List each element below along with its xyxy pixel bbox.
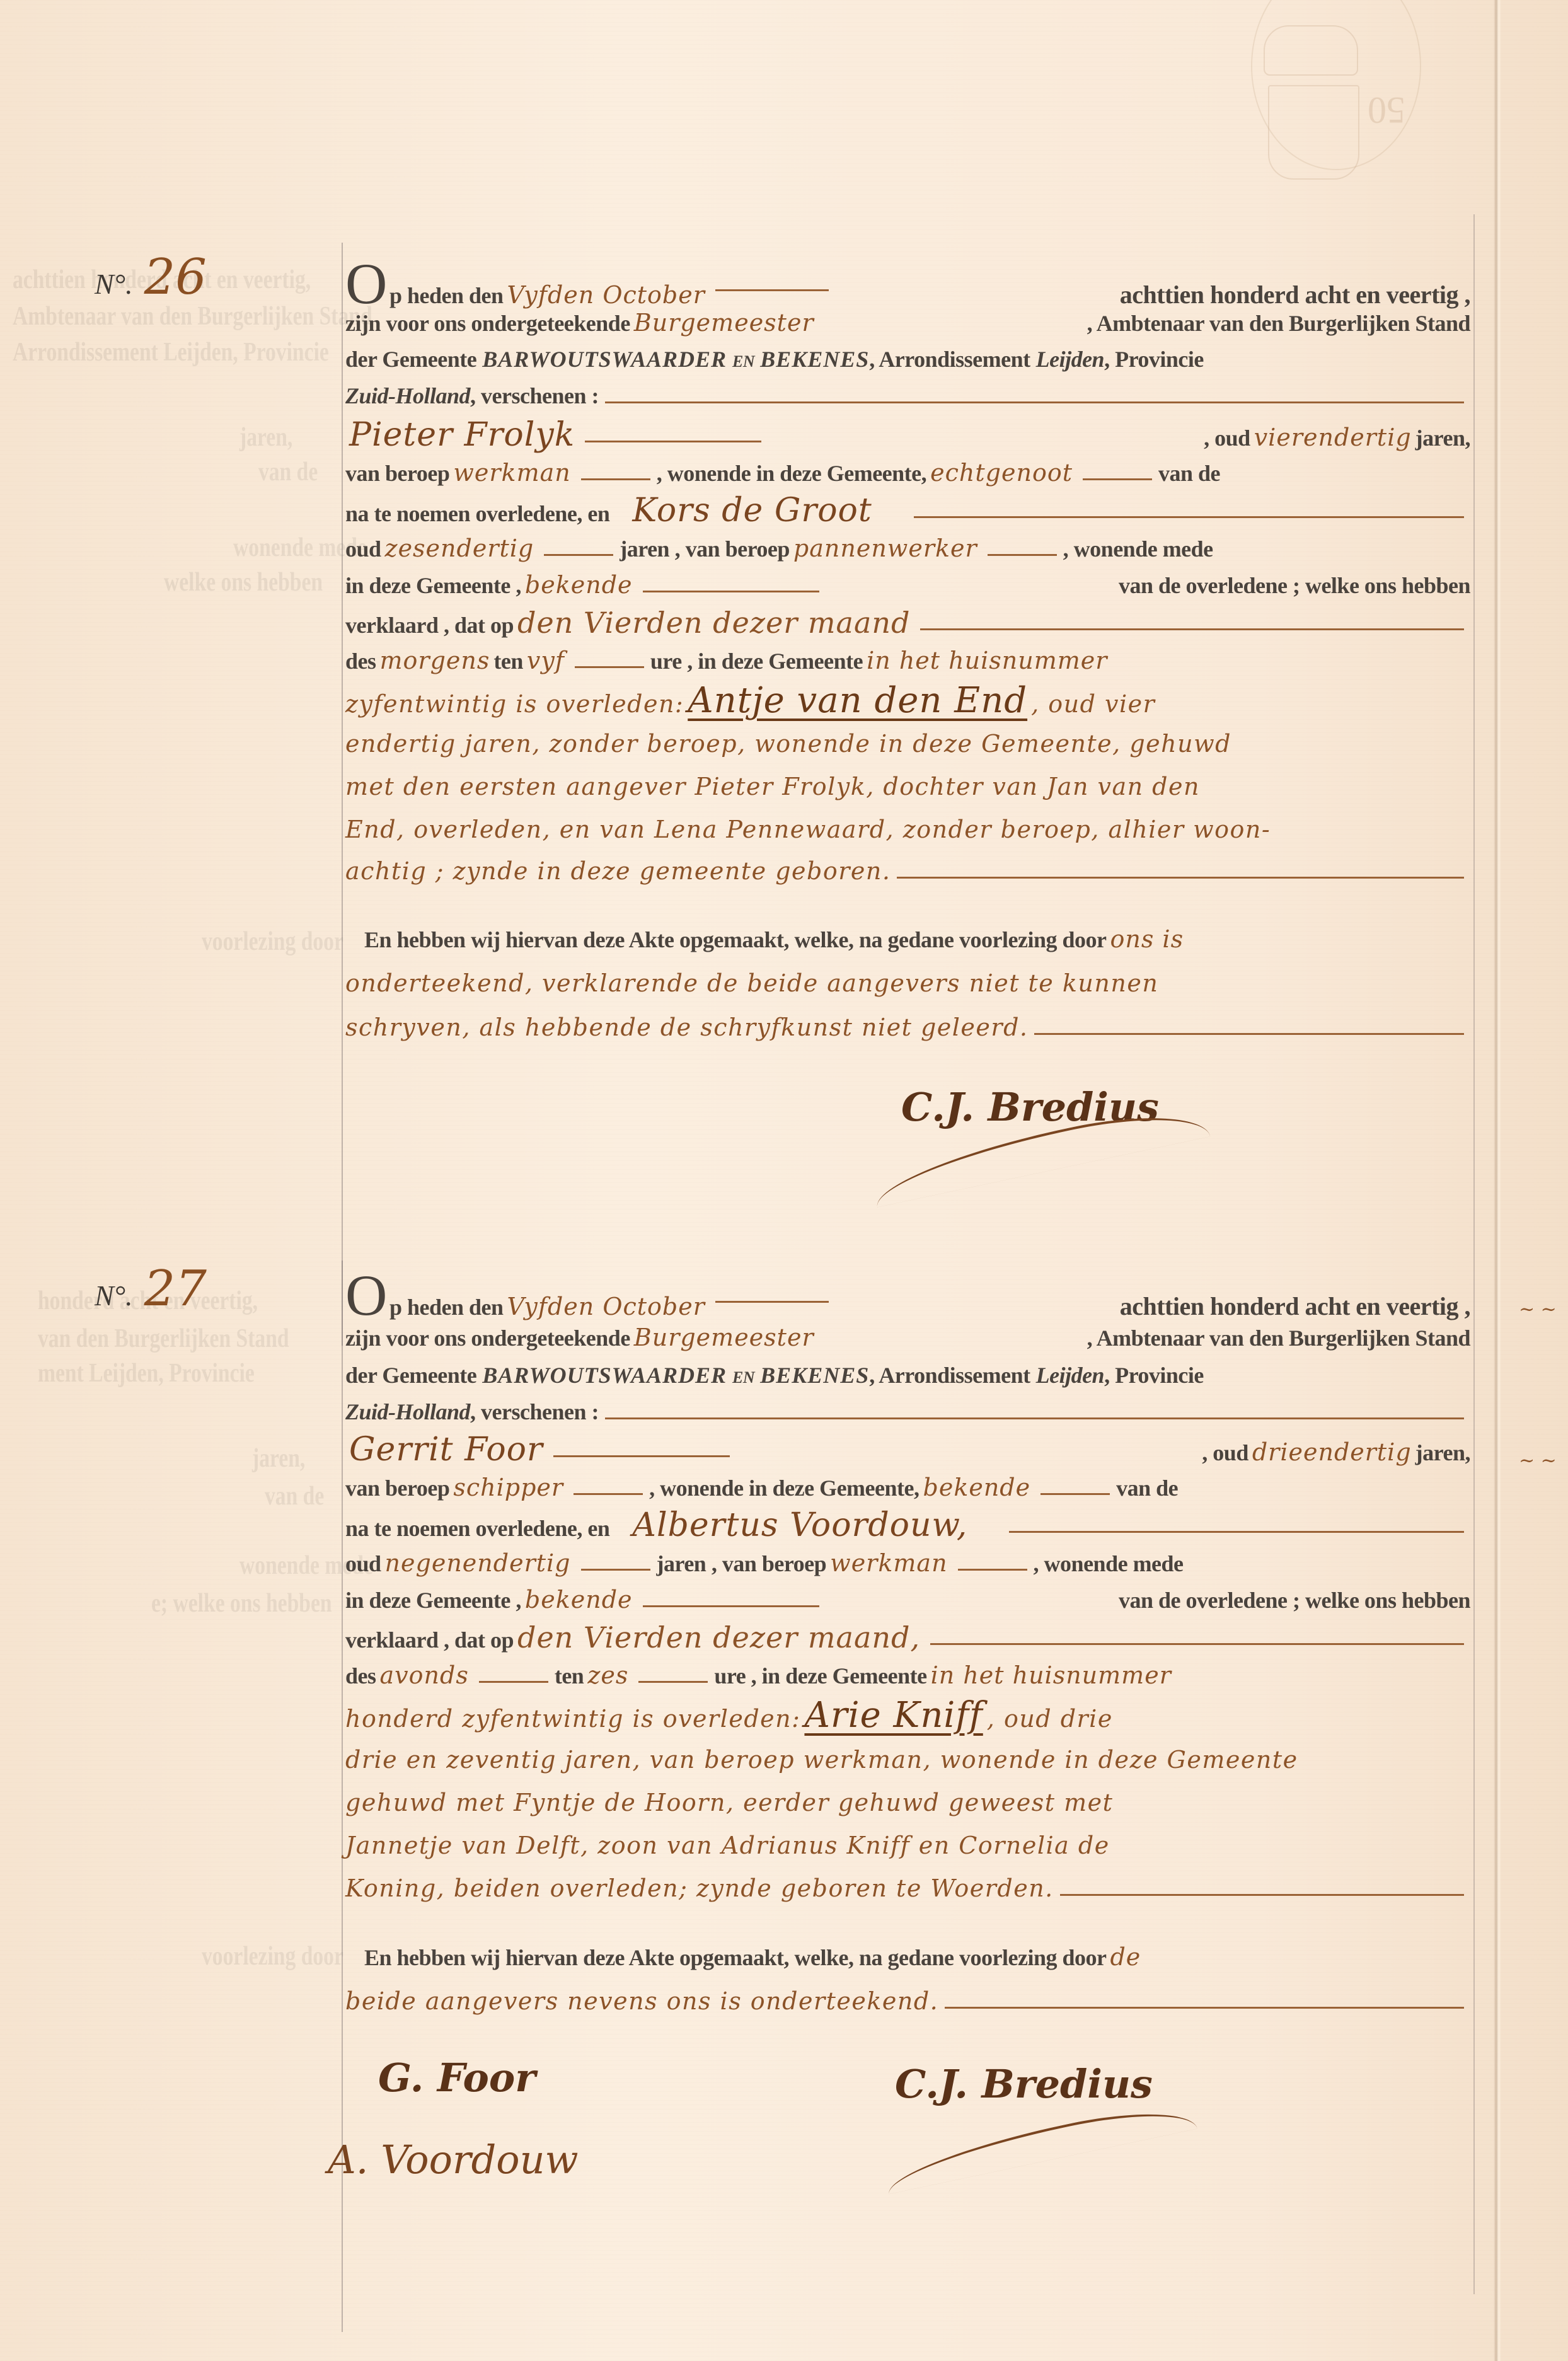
- death-hour: zes: [584, 1656, 632, 1694]
- line-death-time: des avonds ten zes ure , in deze Gemeent…: [345, 1656, 1470, 1694]
- line-municipality: der Gemeente BARWOUTSWAARDER EN BEKENES …: [345, 340, 1470, 378]
- declarant-2-occupation: pannenwerker: [790, 529, 981, 567]
- seal-crown-icon: [1264, 25, 1358, 76]
- declarant-1-relation: bekende: [919, 1469, 1035, 1506]
- line-declarant-2: na te noemen overledene, en Albertus Voo…: [345, 1506, 1470, 1544]
- line-closing-3: schryven, als hebbende de schryfkunst ni…: [345, 1008, 1470, 1046]
- line-text-13: endertig jaren, zonder beroep, wonende i…: [345, 725, 1470, 763]
- declarant-1-occupation: werkman: [449, 454, 574, 492]
- official-field: Burgemeester: [630, 1319, 818, 1356]
- line-age-2: oud zesendertig jaren , van beroep panne…: [345, 529, 1470, 567]
- seal-shield-icon: [1268, 85, 1359, 180]
- time-of-day: morgens: [376, 642, 494, 679]
- line-province: Zuid-Holland , verschenen :: [345, 377, 1470, 415]
- line-official: zijn voor ons ondergeteekende Burgemeest…: [345, 304, 1470, 342]
- deceased-name: Antje van den End: [684, 682, 1031, 720]
- left-margin-rule: [342, 243, 343, 1346]
- death-hour: vyf: [523, 642, 568, 679]
- signature-declarant-2: A. Voordouw: [328, 2137, 579, 2183]
- line-text-13: drie en zeventig jaren, van beroep werkm…: [345, 1741, 1470, 1779]
- line-official: zijn voor ons ondergeteekende Burgemeest…: [345, 1319, 1470, 1356]
- act-number-value: 27: [144, 1261, 207, 1317]
- line-closing: En hebben wij hiervan deze Akte opgemaak…: [345, 1938, 1470, 1976]
- signature-official: C.J. Bredius: [895, 2061, 1153, 2107]
- act-number-value: 26: [144, 249, 207, 306]
- line-death-day: verklaard , dat op den Vierden dezer maa…: [345, 1619, 1470, 1656]
- line-text-14: met den eersten aangever Pieter Frolyk, …: [345, 768, 1470, 805]
- declarant-2-name: Albertus Voordouw,: [628, 1506, 971, 1544]
- line-relation-2: in deze Gemeente , bekende van de overle…: [345, 1581, 1470, 1619]
- seal-number: 50: [1368, 88, 1405, 132]
- line-closing-2: beide aangevers nevens ons is onderteeke…: [345, 1982, 1470, 2020]
- death-day: den Vierden dezer maand,: [514, 1619, 924, 1656]
- official-field: Burgemeester: [630, 304, 818, 342]
- line-date: O p heden den Vyfden October achttien ho…: [345, 265, 1470, 303]
- line-deceased: zyfentwintig is overleden: Antje van den…: [345, 682, 1470, 720]
- line-text-14: gehuwd met Fyntje de Hoorn, eerder gehuw…: [345, 1784, 1470, 1821]
- declarant-2-name: Kors de Groot: [628, 492, 875, 529]
- declarant-2-occupation: werkman: [826, 1544, 951, 1582]
- initial-capital: O: [345, 1276, 387, 1314]
- line-occupation-1: van beroep schipper , wonende in deze Ge…: [345, 1469, 1470, 1506]
- line-text-15: End, overleden, en van Lena Pennewaard, …: [345, 811, 1470, 848]
- deceased-name: Arie Kniff: [800, 1697, 986, 1735]
- line-age-2: oud negenendertig jaren , van beroep wer…: [345, 1544, 1470, 1582]
- line-closing: En hebben wij hiervan deze Akte opgemaak…: [345, 920, 1470, 958]
- declarant-1-name: Pieter Frolyk: [345, 416, 579, 454]
- line-text-15: Jannetje van Delft, zoon van Adrianus Kn…: [345, 1827, 1470, 1864]
- declarant-1-name: Gerrit Foor: [345, 1431, 547, 1469]
- death-place: in het huisnummer: [927, 1656, 1175, 1694]
- death-place: in het huisnummer: [863, 642, 1111, 679]
- line-declarant-2: na te noemen overledene, en Kors de Groo…: [345, 492, 1470, 529]
- line-municipality: der Gemeente BARWOUTSWAARDER EN BEKENES …: [345, 1356, 1470, 1394]
- declarant-2-relation: bekende: [521, 1581, 637, 1619]
- line-death-day: verklaard , dat op den Vierden dezer maa…: [345, 604, 1470, 642]
- right-margin-rule: [1473, 214, 1475, 2294]
- district-name: Leijden: [1036, 1356, 1104, 1394]
- act-number: N°.27: [95, 1261, 207, 1317]
- line-date: O p heden den Vyfden October achttien ho…: [345, 1276, 1470, 1314]
- province-name: Zuid-Holland: [345, 1393, 470, 1431]
- adjacent-page-handwriting: ~ ~: [1519, 1298, 1568, 1320]
- declarant-1-occupation: schipper: [449, 1469, 567, 1506]
- signature-declarant-1: G. Foor: [378, 2055, 536, 2101]
- death-day: den Vierden dezer maand: [514, 604, 914, 642]
- initial-capital: O: [345, 265, 387, 303]
- line-text-16: achtig ; zynde in deze gemeente geboren.: [345, 852, 1470, 890]
- adjacent-page-handwriting: ~ ~: [1519, 1450, 1568, 1472]
- act-number: N°.26: [95, 249, 207, 306]
- line-deceased: honderd zyfentwintig is overleden: Arie …: [345, 1697, 1470, 1735]
- municipality-name: BARWOUTSWAARDER: [482, 340, 727, 378]
- declarant-2-age: negenendertig: [381, 1544, 575, 1582]
- line-relation-2: in deze Gemeente , bekende van de overle…: [345, 566, 1470, 604]
- declarant-1-relation: echtgenoot: [926, 454, 1076, 492]
- time-of-day: avonds: [376, 1656, 473, 1694]
- line-occupation-1: van beroep werkman , wonende in deze Gem…: [345, 454, 1470, 492]
- province-name: Zuid-Holland: [345, 377, 470, 415]
- declarant-1-age: drieendertig: [1248, 1433, 1415, 1471]
- line-death-time: des morgens ten vyf ure , in deze Gemeen…: [345, 642, 1470, 679]
- declarant-2-relation: bekende: [521, 566, 637, 604]
- municipality-name: BARWOUTSWAARDER: [482, 1356, 727, 1394]
- declarant-1-age: vierendertig: [1250, 419, 1415, 456]
- district-name: Leijden: [1036, 340, 1104, 378]
- declarant-2-age: zesendertig: [381, 529, 538, 567]
- page-fold: [1494, 0, 1501, 2361]
- line-declarant-1: Pieter Frolyk , oud vierendertig jaren,: [345, 416, 1470, 454]
- line-text-16: Koning, beiden overleden; zynde geboren …: [345, 1869, 1470, 1907]
- line-province: Zuid-Holland , verschenen :: [345, 1393, 1470, 1431]
- line-declarant-1: Gerrit Foor , oud drieendertig jaren,: [345, 1431, 1470, 1469]
- line-closing-2: onderteekend, verklarende de beide aange…: [345, 964, 1470, 1002]
